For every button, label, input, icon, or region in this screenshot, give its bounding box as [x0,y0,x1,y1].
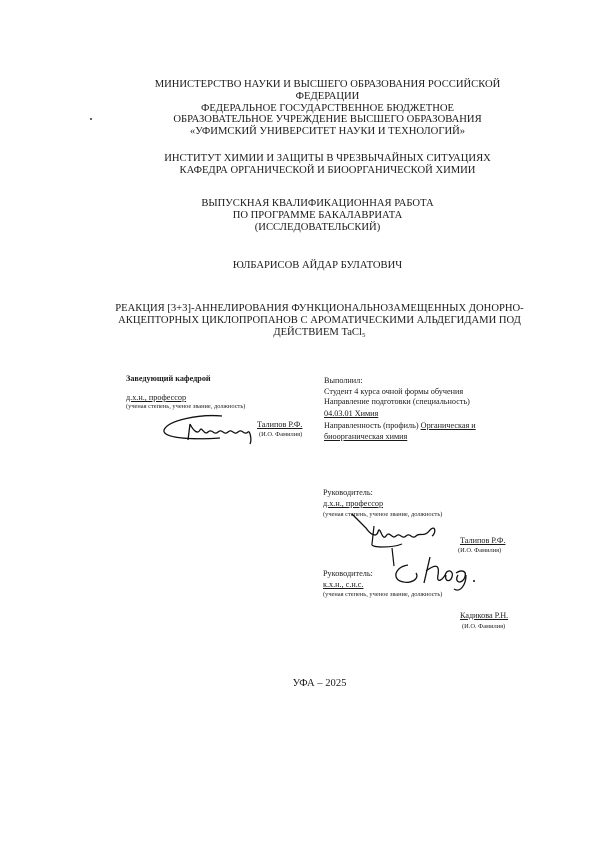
work-type-line-3: (ИССЛЕДОВАТЕЛЬСКИЙ) [20,222,595,234]
title-line-1: РЕАКЦИЯ [3+3]-АННЕЛИРОВАНИЯ ФУНКЦИОНАЛЬН… [22,303,595,315]
city-year-text: УФА – 2025 [22,678,595,690]
head-name-caption: (И.О. Фамилия) [259,431,302,439]
performer-student: Студент 4 курса очной формы обучения [324,387,463,397]
thesis-title: РЕАКЦИЯ [3+3]-АННЕЛИРОВАНИЯ ФУНКЦИОНАЛЬН… [22,303,595,338]
ministry-line-2: ФЕДЕРАЦИИ [30,91,595,103]
institution-line-1: ФЕДЕРАЛЬНОЕ ГОСУДАРСТВЕННОЕ БЮДЖЕТНОЕ [30,103,595,115]
supervisor-2-degree-caption: (ученая степень, ученое звание, должност… [323,591,442,599]
city-year: УФА – 2025 [22,678,595,690]
department-name: КАФЕДРА ОРГАНИЧЕСКОЙ И БИООРГАНИЧЕСКОЙ Х… [30,165,595,177]
profile-value-1: Органическая и [421,421,476,430]
direction-label: Направление подготовки (специальность) [324,397,470,407]
title-line-2: АКЦЕПТОРНЫХ ЦИКЛОПРОПАНОВ С АРОМАТИЧЕСКИ… [22,315,595,327]
ministry-header: МИНИСТЕРСТВО НАУКИ И ВЫСШЕГО ОБРАЗОВАНИЯ… [30,79,595,138]
ministry-line-1: МИНИСТЕРСТВО НАУКИ И ВЫСШЕГО ОБРАЗОВАНИЯ… [30,79,595,91]
supervisor-1-label: Руководитель: [323,488,373,498]
work-type-line-2: ПО ПРОГРАММЕ БАКАЛАВРИАТА [20,210,595,222]
supervisor-2-name-caption: (И.О. Фамилия) [462,623,505,631]
supervisor-1-name: Талипов Р.Ф. [460,536,505,546]
supervisor-1-name-caption: (И.О. Фамилия) [458,547,501,555]
profile-row: Направленность (профиль) Органическая и [324,421,476,431]
institution-line-2: ОБРАЗОВАТЕЛЬНОЕ УЧРЕЖДЕНИЕ ВЫСШЕГО ОБРАЗ… [30,114,595,126]
head-of-department-label: Заведующий кафедрой [126,374,211,384]
author-name: ЮЛБАРИСОВ АЙДАР БУЛАТОВИЧ [20,260,595,272]
work-type-block: ВЫПУСКНАЯ КВАЛИФИКАЦИОННАЯ РАБОТА ПО ПРО… [20,198,595,233]
head-signature [160,410,280,450]
institution-line-3: «УФИМСКИЙ УНИВЕРСИТЕТ НАУКИ И ТЕХНОЛОГИЙ… [30,126,595,138]
profile-label: Направленность (профиль) [324,421,419,430]
stray-dot [90,118,92,120]
work-type-line-1: ВЫПУСКНАЯ КВАЛИФИКАЦИОННАЯ РАБОТА [20,198,595,210]
author-text: ЮЛБАРИСОВ АЙДАР БУЛАТОВИЧ [20,260,595,272]
institute-block: ИНСТИТУТ ХИМИИ И ЗАЩИТЫ В ЧРЕЗВЫЧАЙНЫХ С… [30,153,595,177]
supervisor-1-degree: д.х.н., профессор [323,499,383,509]
direction-value: 04.03.01 Химия [324,409,378,419]
supervisor-2-degree: к.х.н., с.н.с. [323,580,363,590]
head-degree: д.х.н., профессор [126,393,186,403]
institute-name: ИНСТИТУТ ХИМИИ И ЗАЩИТЫ В ЧРЕЗВЫЧАЙНЫХ С… [30,153,595,165]
supervisor-2-label: Руководитель: [323,569,373,579]
title-line-3: ДЕЙСТВИЕМ TaCl₅ [22,327,595,339]
supervisor-2-signature [390,555,490,595]
head-name: Талипов Р.Ф. [257,420,302,430]
performer-label: Выполнил: [324,376,363,386]
profile-value-2: биоорганическая химия [324,432,407,442]
supervisor-2-name: Кадикова Р.Н. [460,611,508,621]
